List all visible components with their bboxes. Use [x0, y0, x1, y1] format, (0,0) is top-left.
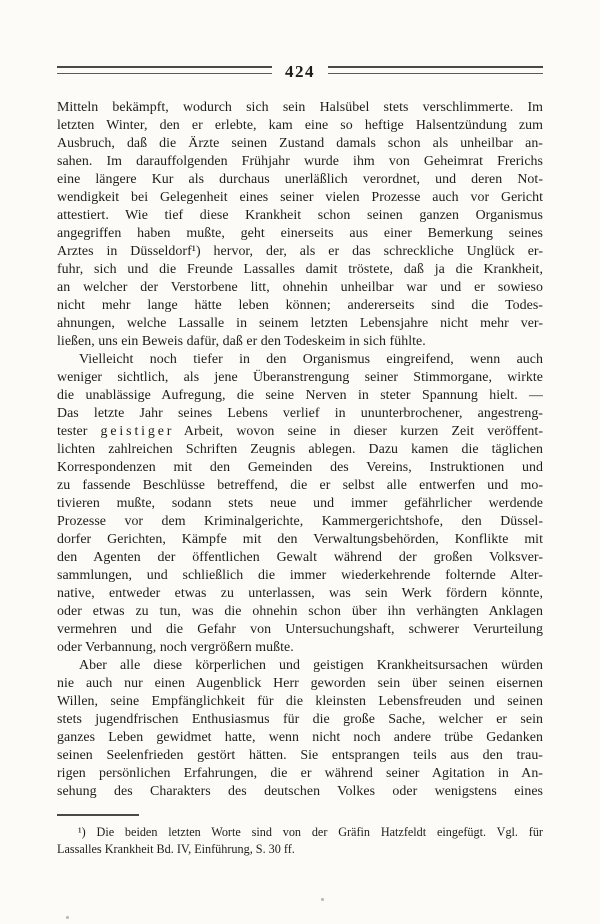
text-line: wendigkeit bei Gelegenheit eines seiner … [57, 189, 543, 207]
footnote-line: Lassalles Krankheit Bd. IV, Einführung, … [57, 841, 543, 858]
footnote: ¹) Die beiden letzten Worte sind von der… [57, 824, 543, 857]
scan-speck [321, 898, 324, 901]
header-rule-left [57, 66, 272, 74]
text-line: zu fassende Beschlüsse betreffend, die e… [57, 477, 543, 495]
text-line: fuhr, sich und die Freunde Lassalles dam… [57, 261, 543, 279]
text-line: tivieren mußte, sodann stets neue und im… [57, 495, 543, 513]
text-line: an welcher der Verstorbene litt, ohnehin… [57, 279, 543, 297]
text-line: nie auch nur einen Augenblick Herr gewor… [57, 675, 543, 693]
header-rule-right [328, 66, 543, 74]
text-line: stets jugendfrischen Enthusiasmus für di… [57, 711, 543, 729]
text-line: Korrespondenzen mit den Gemeinden des Ve… [57, 459, 543, 477]
text-line: eine längere Kur als durchaus unerläßlic… [57, 171, 543, 189]
text-line: Arztes in Düsseldorf¹) hervor, der, als … [57, 243, 543, 261]
text-line: die unablässige Aufregung, die seine Ner… [57, 387, 543, 405]
text-line: den Agenten der öffentlichen Gewalt währ… [57, 549, 543, 567]
text-line: Willen, seine Empfänglichkeit für die kl… [57, 693, 543, 711]
text-line: lichten zahlreichen Schriften Zeugnis ab… [57, 441, 543, 459]
text-line: Aber alle diese körperlichen und geistig… [57, 657, 543, 675]
text-line: weniger sichtlich, als jene Überanstreng… [57, 369, 543, 387]
text-line: Vielleicht noch tiefer in den Organismus… [57, 351, 543, 369]
text-line: nicht mehr lange hätte leben können; and… [57, 297, 543, 315]
footnote-rule [57, 814, 139, 816]
text-line: ließen, uns ein Beweis dafür, daß er den… [57, 333, 543, 351]
text-line: Das letzte Jahr seines Lebens verlief in… [57, 405, 543, 423]
text-line: ganzes Leben gewidmet hatte, wenn nicht … [57, 729, 543, 747]
text-line: Mitteln bekämpft, wodurch sich sein Hals… [57, 99, 543, 117]
text-line: oder etwas zu tun, was die ohnehin schon… [57, 603, 543, 621]
text-line: Prozesse vor dem Kriminalgerichte, Kamme… [57, 513, 543, 531]
page-number: 424 [285, 63, 315, 80]
text-line: seinen Seelenfrieden gestört hätten. Sie… [57, 747, 543, 765]
text-line: sammlungen, und schließlich die immer wi… [57, 567, 543, 585]
text-line: dorfer Gerichten, Kämpfe mit den Verwalt… [57, 531, 543, 549]
scanned-page: 424 Mitteln bekämpft, wodurch sich sein … [0, 0, 600, 924]
scan-speck [66, 916, 69, 919]
footnote-line: ¹) Die beiden letzten Worte sind von der… [57, 824, 543, 841]
text-line: ahnungen, welche Lassalle in seinem letz… [57, 315, 543, 333]
text-line: tester g e i s t i g e r Arbeit, wovon s… [57, 423, 543, 441]
text-line: sahen. Im darauffolgenden Frühjahr wurde… [57, 153, 543, 171]
text-line: rigen persönlichen Erfahrungen, die er w… [57, 765, 543, 783]
text-line: native, entweder etwas zu unterlassen, w… [57, 585, 543, 603]
text-line: angegriffen haben mußte, geht einerseits… [57, 225, 543, 243]
body-text: Mitteln bekämpft, wodurch sich sein Hals… [57, 99, 543, 801]
text-line: letzten Winter, den er erlebte, kam eine… [57, 117, 543, 135]
text-line: oder Verbannung, noch vergrößern mußte. [57, 639, 543, 657]
text-line: vermehren und die Gefahr von Untersuchun… [57, 621, 543, 639]
text-line: sehung des Charakters des deutschen Volk… [57, 783, 543, 801]
text-line: attestiert. Wie tief diese Krankheit sch… [57, 207, 543, 225]
page-header: 424 [57, 0, 543, 82]
text-line: Ausbruch, daß die Ärzte seinen Zustand d… [57, 135, 543, 153]
